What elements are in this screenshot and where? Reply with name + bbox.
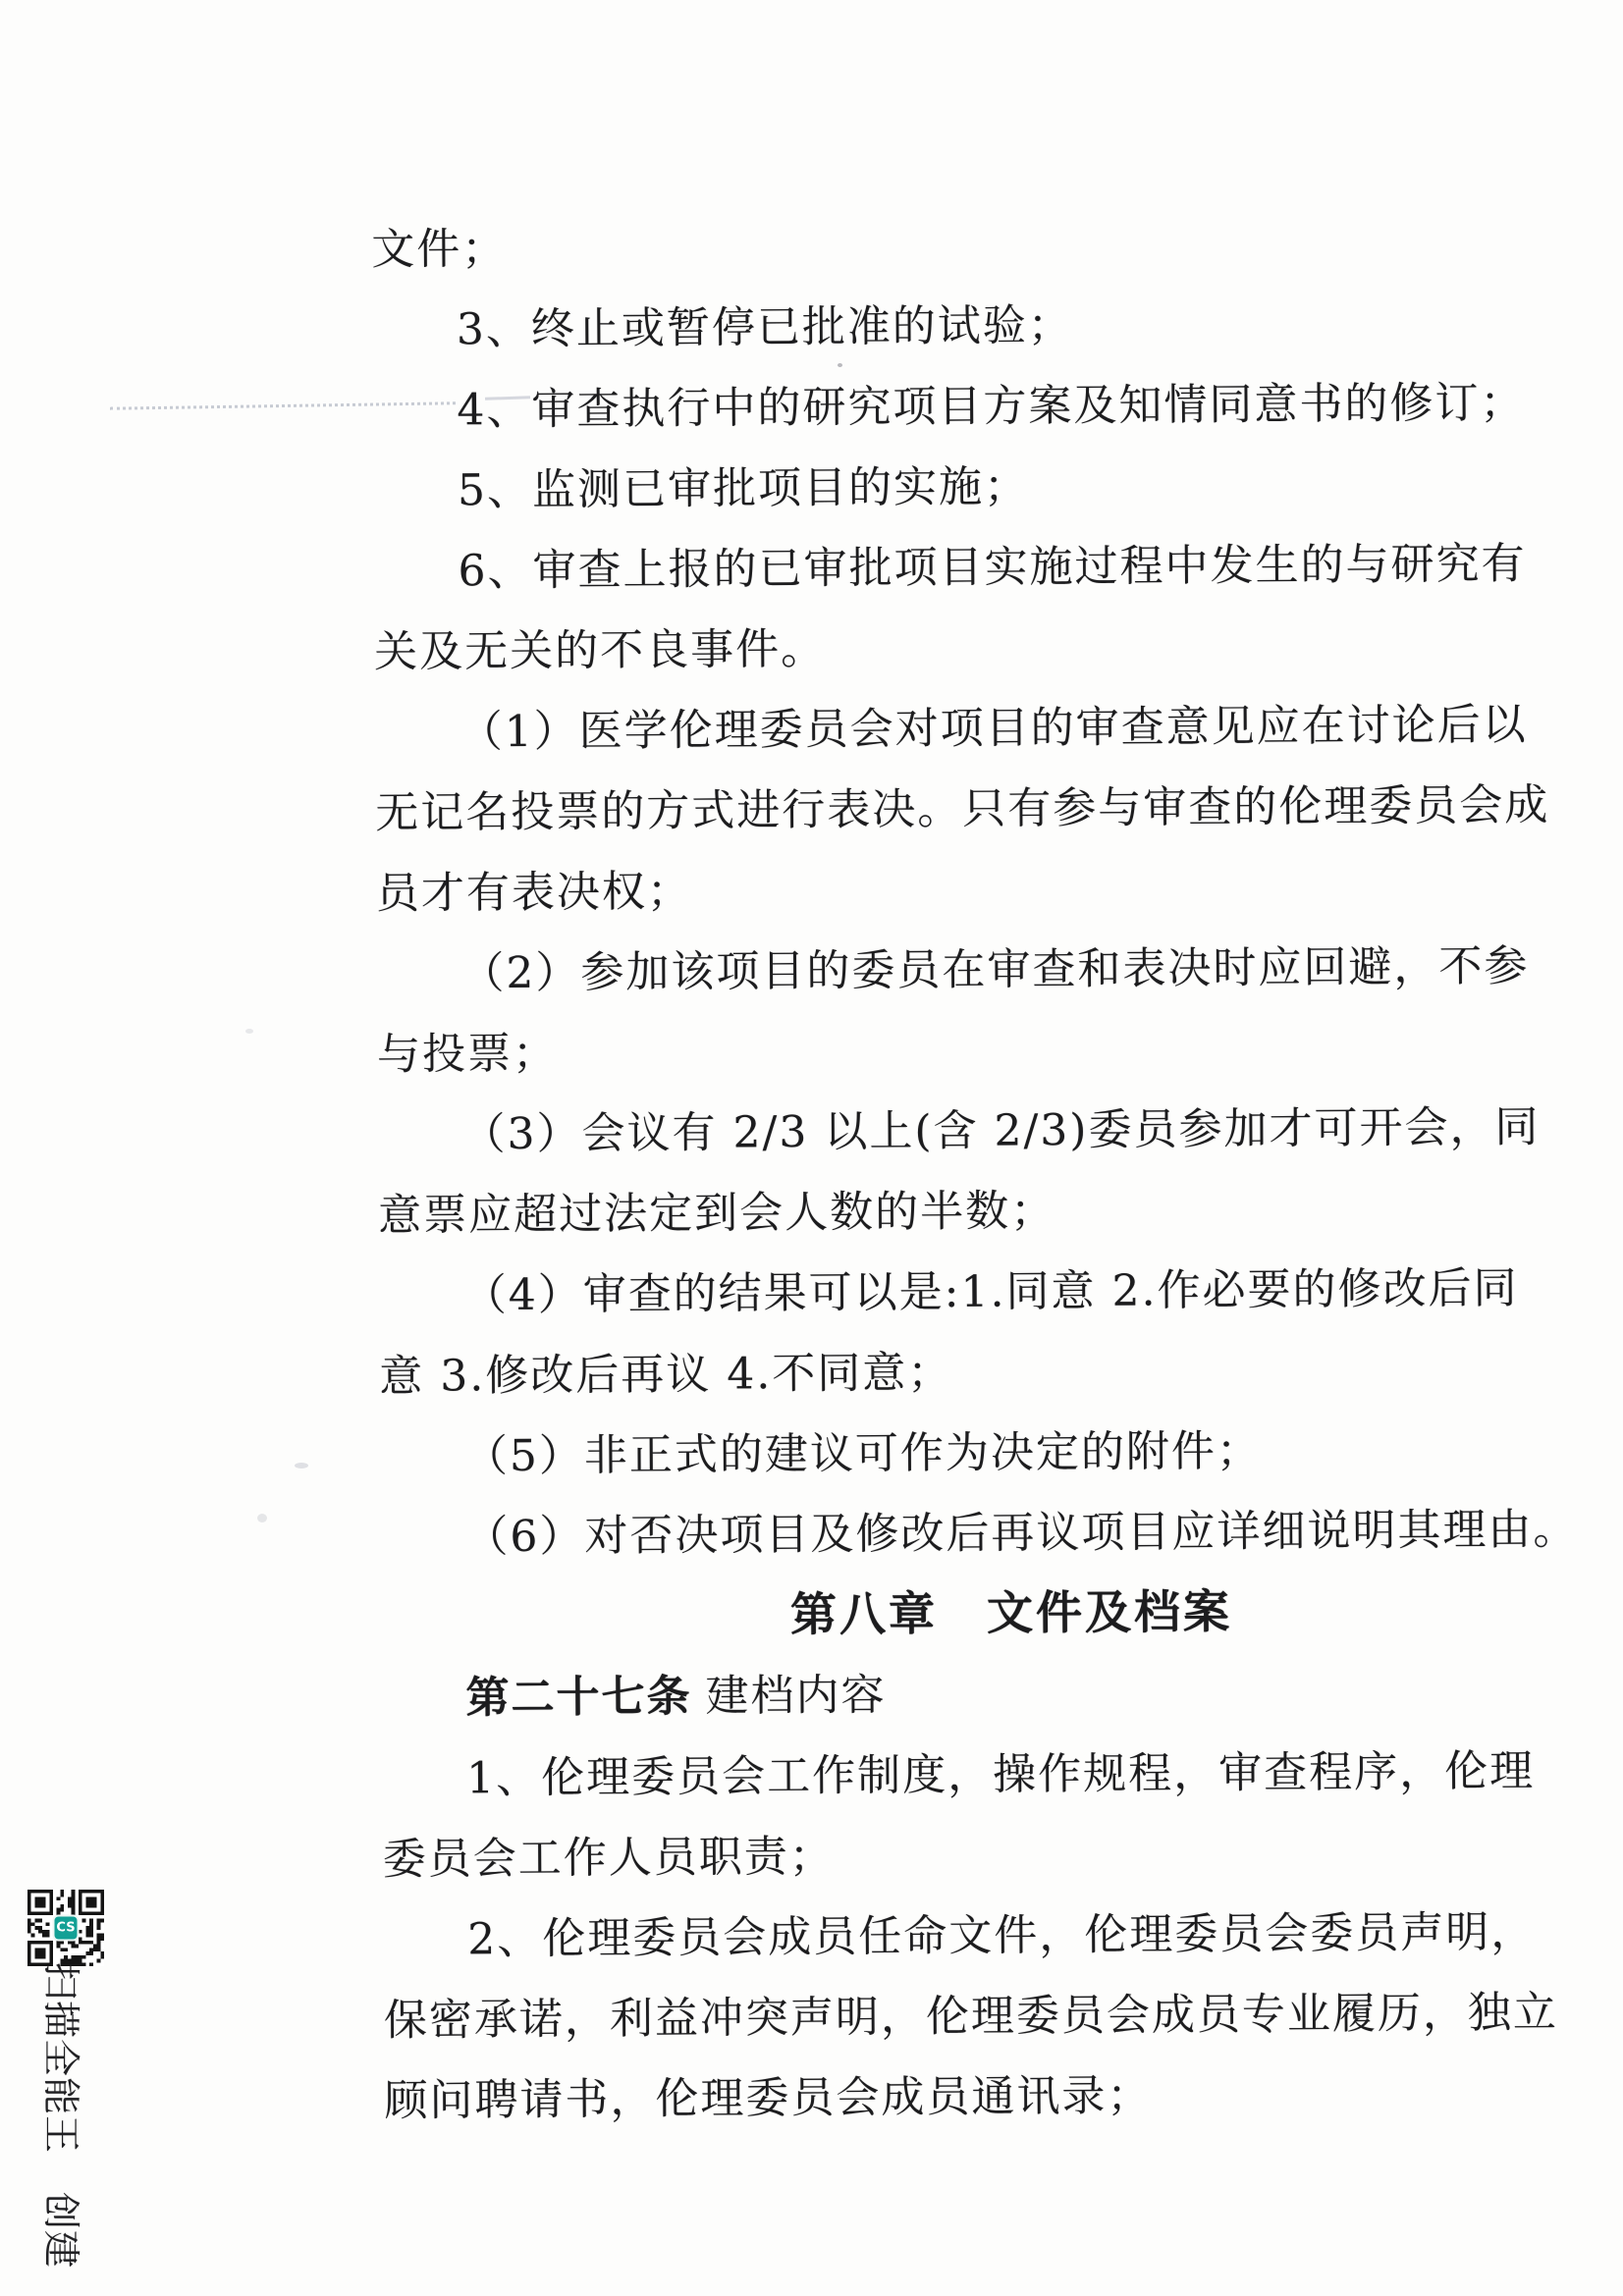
scan-speck: [257, 1514, 267, 1522]
text-line: （1）医学伦理委员会对项目的审查意见应在讨论后以: [374, 685, 1524, 774]
text-line: 关及无关的不良事件。: [374, 605, 1524, 693]
camscanner-logo-icon: CS: [53, 1915, 80, 1942]
scan-speck: [245, 1029, 253, 1034]
text-line: 4、审查执行中的研究项目方案及知情同意书的修订；: [372, 363, 1522, 452]
text-line: 文件；: [371, 202, 1521, 291]
chapter-heading: 第八章 文件及档案: [437, 1570, 1587, 1658]
text-line: （6）对否决项目及修改后再议项目应详细说明其理由。: [380, 1490, 1530, 1578]
scanned-document-page: 文件；3、终止或暂停已批准的试验；4、审查执行中的研究项目方案及知情同意书的修订…: [0, 0, 1623, 2296]
text-line: 2、伦理委员会成员任命文件，伦理委员会委员声明，: [383, 1893, 1533, 1981]
text-line: （4）审查的结果可以是:1.同意 2.作必要的修改后同: [378, 1249, 1528, 1337]
article-number: 第二十七条: [465, 1672, 691, 1724]
text-line: （3）会议有 2/3 以上(含 2/3)委员参加才可开会，同: [377, 1088, 1527, 1176]
text-line: 与投票；: [377, 1007, 1527, 1095]
text-line: （5）非正式的建议可作为决定的附件；: [380, 1410, 1530, 1498]
text-line: 顾问聘请书，伦理委员会成员通讯录；: [384, 2054, 1534, 2142]
text-line: 无记名投票的方式进行表决。只有参与审查的伦理委员会成: [375, 766, 1525, 854]
camscanner-qr-code: CS: [27, 1890, 104, 1966]
text-line: 1、伦理委员会工作制度，操作规程，审查程序，伦理: [382, 1732, 1532, 1820]
scan-speck: [838, 363, 842, 367]
text-line: 6、审查上报的已审批项目实施过程中发生的与研究有: [373, 524, 1523, 613]
text-line: 5、监测已审批项目的实施；: [373, 444, 1523, 532]
text-line: 意 3.修改后再议 4.不同意；: [379, 1329, 1529, 1417]
text-line: 保密承诺，利益冲突声明，伦理委员会成员专业履历，独立: [384, 1973, 1534, 2061]
text-line: 3、终止或暂停已批准的试验；: [372, 283, 1522, 371]
text-line: 员才有表决权；: [376, 846, 1526, 934]
scan-speck: [295, 1463, 308, 1468]
camscanner-caption: 扫描全能王 创建: [39, 1962, 82, 2257]
text-line: 意票应超过法定到会人数的半数；: [378, 1168, 1528, 1256]
text-line: （2）参加该项目的委员在审查和表决时应回避，不参: [376, 927, 1526, 1015]
document-body: 文件；3、终止或暂停已批准的试验；4、审查执行中的研究项目方案及知情同意书的修订…: [371, 202, 1534, 2142]
text-line: 第二十七条建档内容: [381, 1651, 1531, 1739]
text-line: 委员会工作人员职责；: [382, 1812, 1532, 1900]
